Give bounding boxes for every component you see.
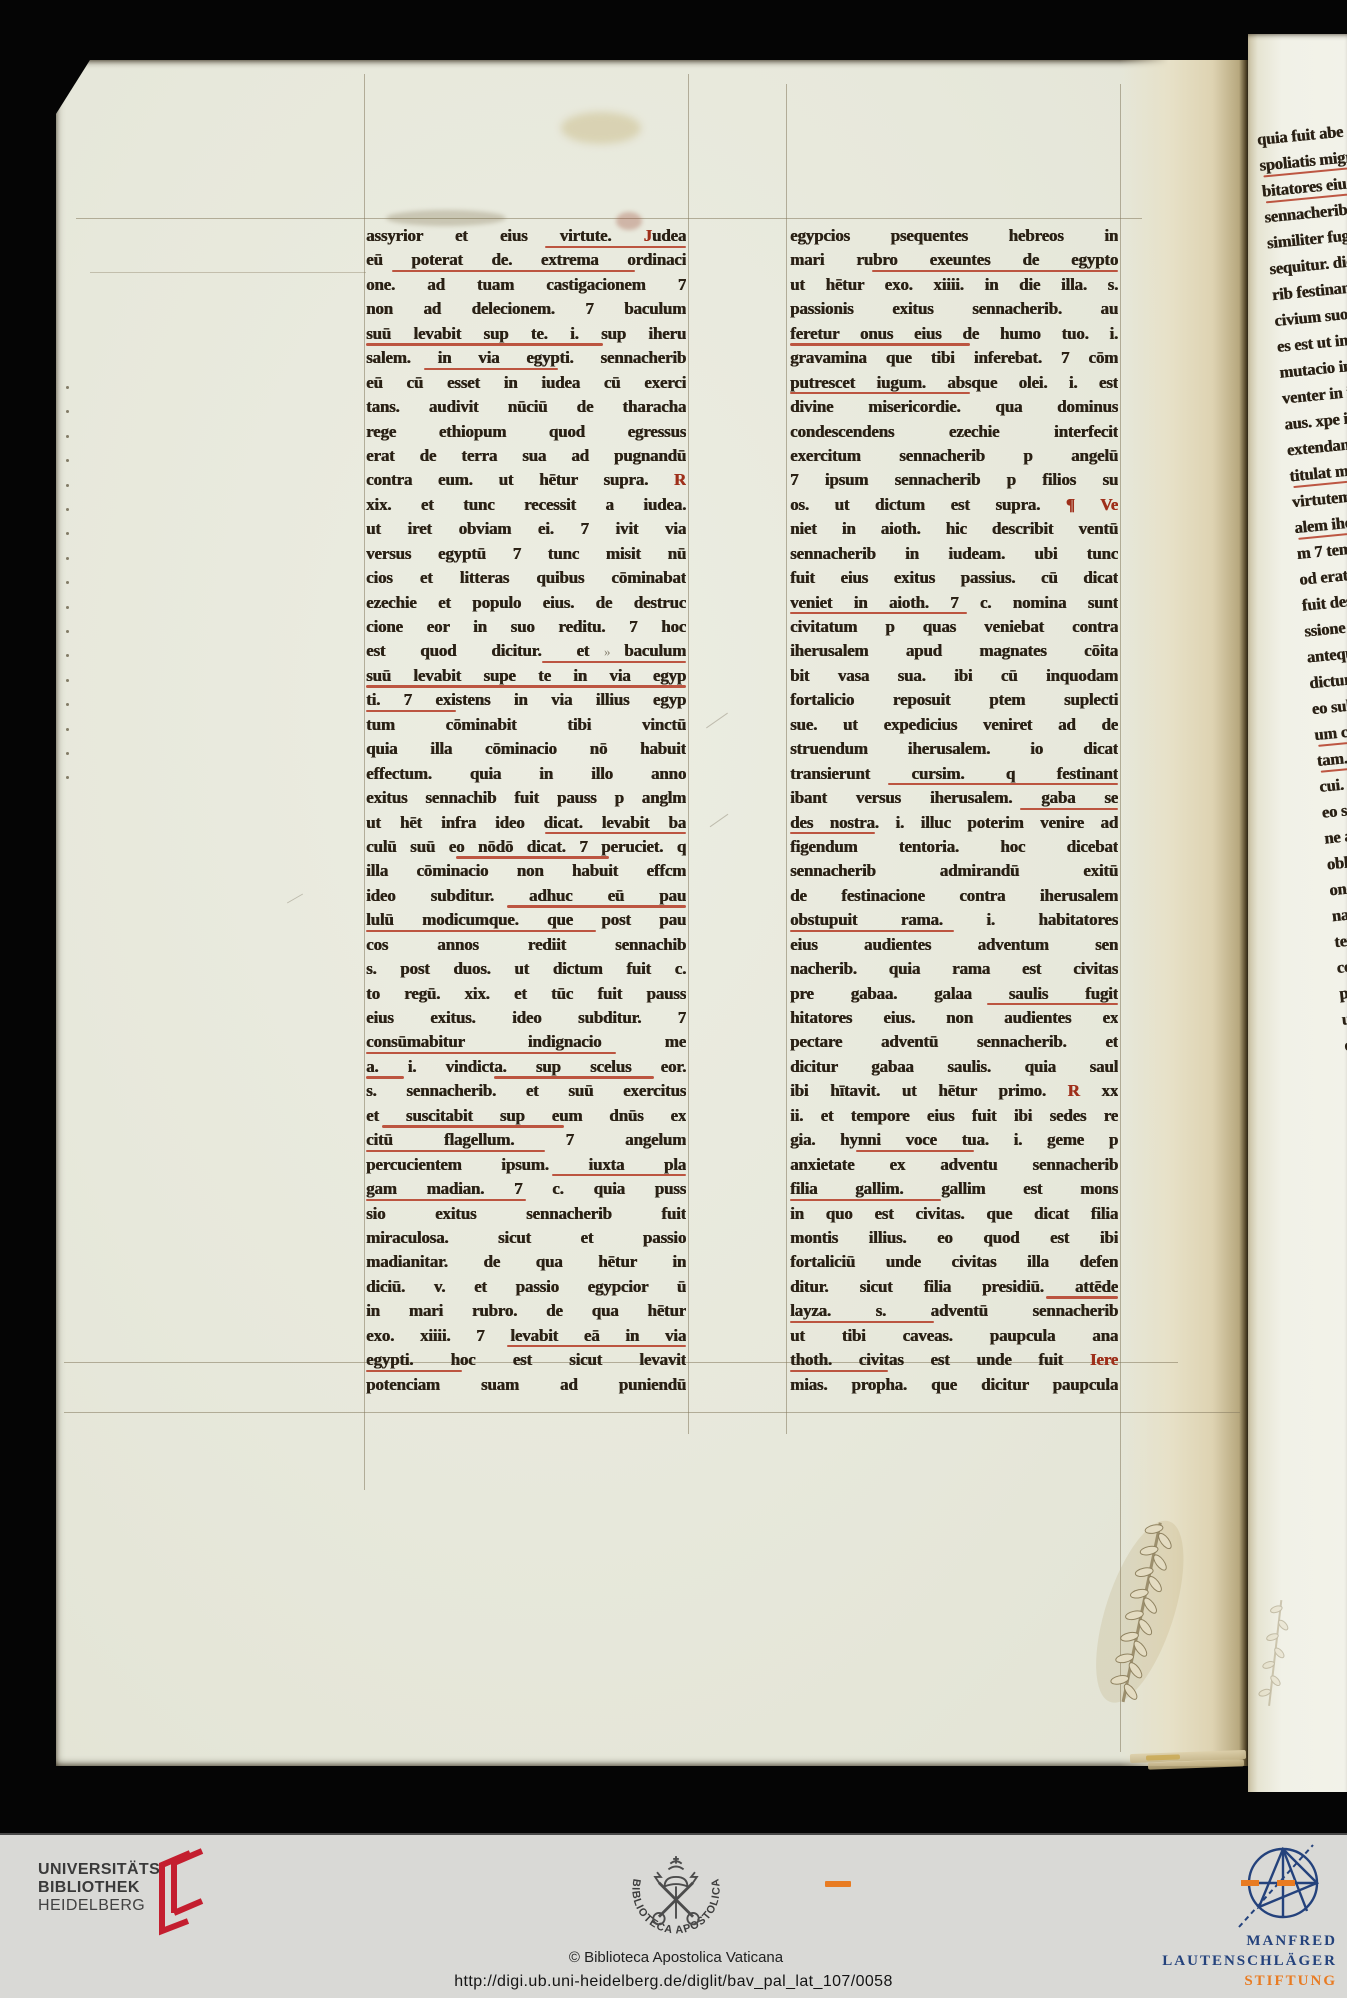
rubric-underline xyxy=(366,1370,462,1372)
manuscript-text-line: s. sennacherib. et suū exercitus xyxy=(366,1081,686,1105)
rubric-underline xyxy=(987,1003,1118,1005)
manuscript-text-line: ideo subditur. adhuc eū pau xyxy=(366,886,686,910)
manuscript-text-line: tans. audivit nūciū de tharacha xyxy=(366,397,686,421)
svg-text:BIBLIOTECA APOSTOLICA VATICANA: BIBLIOTECA APOSTOLICA VATICANA xyxy=(621,1839,723,1936)
manuscript-text-line: ut tibi caveas. paupcula ana xyxy=(790,1326,1118,1350)
rubric-underline xyxy=(366,710,456,712)
manuscript-text-line: rege ethiopum quod egressus xyxy=(366,422,686,446)
manuscript-text-line: de festinacione contra iherusalem xyxy=(790,886,1118,910)
scan-viewport: » assyrior et eius virtute. Judeaeū pote… xyxy=(0,0,1347,1998)
rubric-underline xyxy=(366,1199,526,1201)
vatican-keys-icon: BIBLIOTECA APOSTOLICA VATICANA xyxy=(621,1839,731,1949)
rubric-underline xyxy=(382,1125,564,1127)
prick-hole xyxy=(66,435,69,438)
vatican-copyright: © Biblioteca Apostolica Vaticana xyxy=(453,1949,899,1966)
faint-inscription xyxy=(386,210,506,226)
manuscript-text-line: ut hēt infra ideo dicat. levabit ba xyxy=(366,813,686,837)
rubric-underline xyxy=(790,343,970,345)
orange-dash-icon xyxy=(1277,1880,1295,1886)
ruling-line xyxy=(786,84,787,1434)
manuscript-text-line: exitus sennachib fuit pauss p anglm xyxy=(366,788,686,812)
prick-hole xyxy=(66,752,69,755)
manuscript-text-line: ut hētur exo. xiiii. in die illa. s. xyxy=(790,275,1118,299)
rubric-underline xyxy=(790,1370,888,1372)
rubric-underline xyxy=(545,246,686,248)
manuscript-text-line: thoth. civitas est unde fuit Iere xyxy=(790,1350,1118,1374)
manuscript-text-line: layza. s. adventū sennacherib xyxy=(790,1301,1118,1325)
rubric-underline xyxy=(456,856,610,858)
manuscript-text-line: quia illa cōminacio nō habuit xyxy=(366,739,686,763)
manuscript-text-line: ibi hītavit. ut hētur primo. R xx xyxy=(790,1081,1118,1105)
manuscript-text-line: pectare adventū sennacherib. et xyxy=(790,1032,1118,1056)
manuscript-text-line: des nostra. i. illuc poterim venire ad xyxy=(790,813,1118,837)
footer-bar: UNIVERSITÄTS- BIBLIOTHEK HEIDELBERG BIBL… xyxy=(0,1833,1347,1998)
manuscript-text-line: eū poterat de. extrema ordinaci xyxy=(366,250,686,274)
rubric-underline xyxy=(366,685,686,687)
manuscript-text-line: hitatores eius. non audientes ex xyxy=(790,1008,1118,1032)
rubric-underline xyxy=(392,270,635,272)
ruling-line xyxy=(90,272,366,273)
rubric-underline xyxy=(494,1076,654,1078)
manuscript-text-line: in mari rubro. de qua hētur xyxy=(366,1301,686,1325)
next-page-edge: quia fuit abespoliatis migrbitatores eiu… xyxy=(1248,34,1347,1792)
foundation-name: STIFTUNG xyxy=(1162,1971,1337,1991)
rubric-underline xyxy=(790,1199,941,1201)
manuscript-text-line: to regū. xix. et tūc fuit pauss xyxy=(366,984,686,1008)
rubric-underline xyxy=(790,392,970,394)
rubric-underline xyxy=(1020,808,1118,810)
manuscript-text-line: ibant versus iherusalem. gaba se xyxy=(790,788,1118,812)
rubric-underline xyxy=(888,783,1118,785)
prick-hole xyxy=(66,654,69,657)
manuscript-text-line: et suscitabit sup eum dnūs ex xyxy=(366,1106,686,1130)
manuscript-text-line: consūmabitur indignacio me xyxy=(366,1032,686,1056)
manuscript-text-line: niet in aioth. hic describit ventū xyxy=(790,519,1118,543)
prick-hole xyxy=(66,581,69,584)
manuscript-text-line: s. post duos. ut dictum fuit c. xyxy=(366,959,686,983)
next-page-stitch-repair xyxy=(1238,1590,1312,1718)
manuscript-text-line: putrescet iugum. absque olei. i. est xyxy=(790,373,1118,397)
prick-hole xyxy=(66,508,69,511)
manuscript-text-line: assyrior et eius virtute. Judea xyxy=(366,226,686,250)
manuscript-text-line: fortalicio reposuit ptem suplecti xyxy=(790,690,1118,714)
pen-hairline xyxy=(710,814,729,827)
prick-hole xyxy=(66,557,69,560)
manuscript-text-line: ii. et tempore eius fuit ibi sedes re xyxy=(790,1106,1118,1130)
prick-hole xyxy=(66,728,69,731)
ub-heidelberg-book-icon xyxy=(144,1847,214,1939)
text-column-right: egypcios psequentes hebreos inmari rubro… xyxy=(790,226,1118,1399)
prick-hole xyxy=(66,776,69,779)
manuscript-text-line: effectum. quia in illo anno xyxy=(366,764,686,788)
manuscript-text-line: eius exitus. ideo subditur. 7 xyxy=(366,1008,686,1032)
manuscript-text-line: passionis exitus sennacherib. au xyxy=(790,299,1118,323)
manuscript-text-line: ditur. sicut filia presidiū. attēde xyxy=(790,1277,1118,1301)
manuscript-text-line: civitatum p quas veniebat contra xyxy=(790,617,1118,641)
manuscript-text-line: in quo est civitas. que dicat filia xyxy=(790,1204,1118,1228)
manuscript-text-line: struendum iherusalem. io dicat xyxy=(790,739,1118,763)
rubric-underline xyxy=(790,1321,934,1323)
rubric-underline xyxy=(366,1052,616,1054)
ruling-line xyxy=(364,74,365,1490)
prick-hole xyxy=(66,484,69,487)
manuscript-text-line: anxietate ex adventu sennacherib xyxy=(790,1155,1118,1179)
rubric-underline xyxy=(366,1076,404,1078)
manuscript-text-line: non ad delecionem. 7 baculum xyxy=(366,299,686,323)
ub-heidelberg-logo-block: UNIVERSITÄTS- BIBLIOTHEK HEIDELBERG xyxy=(38,1861,166,1915)
manuscript-text-line: citū flagellum. 7 angelum xyxy=(366,1130,686,1154)
manuscript-text-line: figendum tentoria. hoc dicebat xyxy=(790,837,1118,861)
rubric-underline xyxy=(790,930,954,932)
prick-hole xyxy=(66,386,69,389)
manuscript-text-line: madianitar. de qua hētur in xyxy=(366,1252,686,1276)
manuscript-text-line: one. ad tuam castigacionem 7 xyxy=(366,275,686,299)
manuscript-text-line: diciū. v. et passio egypcior ū xyxy=(366,1277,686,1301)
manuscript-text-line: pre gabaa. galaa saulis fugit xyxy=(790,984,1118,1008)
manuscript-text-line: a. i. vindicta. sup scelus eor. xyxy=(366,1057,686,1081)
manuscript-text-line: cos annos rediit sennachib xyxy=(366,935,686,959)
next-page-text-fragments: quia fuit abespoliatis migrbitatores eiu… xyxy=(1256,116,1347,1399)
manuscript-text-line: illa cōminacio non habuit effcm xyxy=(366,861,686,885)
manuscript-text-line: fuit eius exitus passius. cū dicat xyxy=(790,568,1118,592)
manuscript-text-line: egypcios psequentes hebreos in xyxy=(790,226,1118,250)
rubric-underline xyxy=(872,270,1118,272)
lautenschlaeger-compass-icon xyxy=(1217,1835,1337,1935)
rubric-underline xyxy=(424,368,558,370)
manuscript-text-line: dicitur gabaa saulis. quia saul xyxy=(790,1057,1118,1081)
rubric-underline xyxy=(790,612,967,614)
manuscript-text-line: versus egyptū 7 tunc misit nū xyxy=(366,544,686,568)
manuscript-text-line: sennacherib admirandū exitū xyxy=(790,861,1118,885)
prick-hole xyxy=(66,410,69,413)
prick-hole xyxy=(66,532,69,535)
rubric-underline xyxy=(366,1150,545,1152)
manuscript-text-line: suū levabit sup te. i. sup iheru xyxy=(366,324,686,348)
manuscript-text-line: bit vasa sua. ibi cū inquodam xyxy=(790,666,1118,690)
manuscript-text-line: obstupuit rama. i. habitatores xyxy=(790,910,1118,934)
manuscript-text-line: salem. in via egypti. sennacherib xyxy=(366,348,686,372)
manuscript-text-line: os. ut dictum est supra. ¶ Ve xyxy=(790,495,1118,519)
rubric-underline xyxy=(856,1150,974,1152)
manuscript-text-line: veniet in aioth. 7 c. nomina sunt xyxy=(790,593,1118,617)
manuscript-text-line: eū cū esset in iudea cū exerci xyxy=(366,373,686,397)
rubric-underline xyxy=(545,832,686,834)
prick-hole xyxy=(66,606,69,609)
manuscript-text-line: xix. et tunc recessit a iudea. xyxy=(366,495,686,519)
prick-hole xyxy=(66,679,69,682)
manuscript-text-line: eius audientes adventum sen xyxy=(790,935,1118,959)
prick-hole xyxy=(66,459,69,462)
rubric-underline xyxy=(366,343,603,345)
manuscript-text-line: 7 ipsum sennacherib p filios su xyxy=(790,470,1118,494)
manuscript-text-line: transierunt cursim. q festinant xyxy=(790,764,1118,788)
orange-dash-icon xyxy=(1241,1880,1259,1886)
manuscript-text-line: mari rubro exeuntes de egypto xyxy=(790,250,1118,274)
manuscript-text-line: montis illius. eo quod est ibi xyxy=(790,1228,1118,1252)
ink-offset-smudge xyxy=(561,112,641,144)
manuscript-text-line: cione eor in suo reditu. 7 hoc xyxy=(366,617,686,641)
ruling-line xyxy=(64,1412,1240,1413)
rubric-underline xyxy=(1046,1296,1118,1298)
manuscript-text-line: gravamina que tibi inferebat. 7 cōm xyxy=(790,348,1118,372)
rubric-underline xyxy=(507,905,686,907)
manuscript-text-line: nacherib. quia rama est civitas xyxy=(790,959,1118,983)
manuscript-text-line: est quod dicitur. et baculum xyxy=(366,641,686,665)
ruling-line xyxy=(76,218,1142,219)
manuscript-text-line: gam madian. 7 c. quia puss xyxy=(366,1179,686,1203)
orange-dash-icon xyxy=(825,1881,851,1887)
manuscript-text-line: ezechie et populo eius. de destruc xyxy=(366,593,686,617)
manuscript-text-line: ut iret obviam ei. 7 ivit via xyxy=(366,519,686,543)
manuscript-text-line: egypti. hoc est sicut levavit xyxy=(366,1350,686,1374)
rubric-underline xyxy=(790,832,875,834)
pen-hairline xyxy=(706,713,728,729)
vatican-ring-text: BIBLIOTECA APOSTOLICA VATICANA xyxy=(621,1839,723,1936)
source-url: http://digi.ub.uni-heidelberg.de/diglit/… xyxy=(0,1973,1347,1991)
manuscript-text-line: sennacherib in iudeam. ubi tunc xyxy=(790,544,1118,568)
manuscript-text-line: tum cōminabit tibi vinctū xyxy=(366,715,686,739)
rubric-underline xyxy=(366,930,596,932)
prick-hole xyxy=(66,630,69,633)
manuscript-text-line: ti. 7 existens in via illius egyp xyxy=(366,690,686,714)
prick-hole xyxy=(66,703,69,706)
ruling-line xyxy=(688,74,689,1434)
manuscript-text-line: fortaliciū unde civitas illa defen xyxy=(790,1252,1118,1276)
manuscript-text-line: filia gallim. gallim est mons xyxy=(790,1179,1118,1203)
manuscript-text-line: iherusalem apud magnates cōita xyxy=(790,641,1118,665)
manuscript-text-line: condescendens ezechie interfecit xyxy=(790,422,1118,446)
rubric-underline xyxy=(542,661,686,663)
manuscript-text-line: miraculosa. sicut et passio xyxy=(366,1228,686,1252)
manuscript-text-line: potenciam suam ad puniendū xyxy=(366,1375,686,1399)
manuscript-text-line: gia. hynni voce tua. i. geme p xyxy=(790,1130,1118,1154)
manuscript-text-line: erat de terra sua ad pugnandū xyxy=(366,446,686,470)
manuscript-text-line: cios et litteras quibus cōminabat xyxy=(366,568,686,592)
manuscript-text-line: culū suū eo nōdō dicat. 7 peruciet. q xyxy=(366,837,686,861)
manuscript-text-line: mias. propha. que dicitur paupcula xyxy=(790,1375,1118,1399)
foundation-name: LAUTENSCHLÄGER xyxy=(1162,1951,1337,1971)
manuscript-text-line: percucientem ipsum. iuxta pla xyxy=(366,1155,686,1179)
pen-hairline xyxy=(287,894,303,904)
manuscript-text-line: exercitum sennacherib p angelū xyxy=(790,446,1118,470)
rubric-underline xyxy=(507,1345,686,1347)
manuscript-text-line: sio exitus sennacherib fuit xyxy=(366,1204,686,1228)
vatican-emblem-block: BIBLIOTECA APOSTOLICA VATICANA xyxy=(621,1839,731,1954)
rubric-underline xyxy=(552,1174,686,1176)
manuscript-text-line: sue. ut expedicius veniret ad de xyxy=(790,715,1118,739)
manuscript-text-line: lulū modicumque. que post pau xyxy=(366,910,686,934)
manuscript-text-line: contra eum. ut hētur supra. R xyxy=(366,470,686,494)
manuscript-text-line: divine misericordie. qua dominus xyxy=(790,397,1118,421)
manuscript-text-line: exo. xiiii. 7 levabit eā in via xyxy=(366,1326,686,1350)
manuscript-text-line: suū levabit supe te in via egyp xyxy=(366,666,686,690)
foundation-name: MANFRED xyxy=(1162,1931,1337,1951)
manuscript-text-line: feretur onus eius de humo tuo. i. xyxy=(790,324,1118,348)
manuscript-page: » assyrior et eius virtute. Judeaeū pote… xyxy=(56,60,1248,1766)
text-column-left: assyrior et eius virtute. Judeaeū potera… xyxy=(366,226,686,1399)
